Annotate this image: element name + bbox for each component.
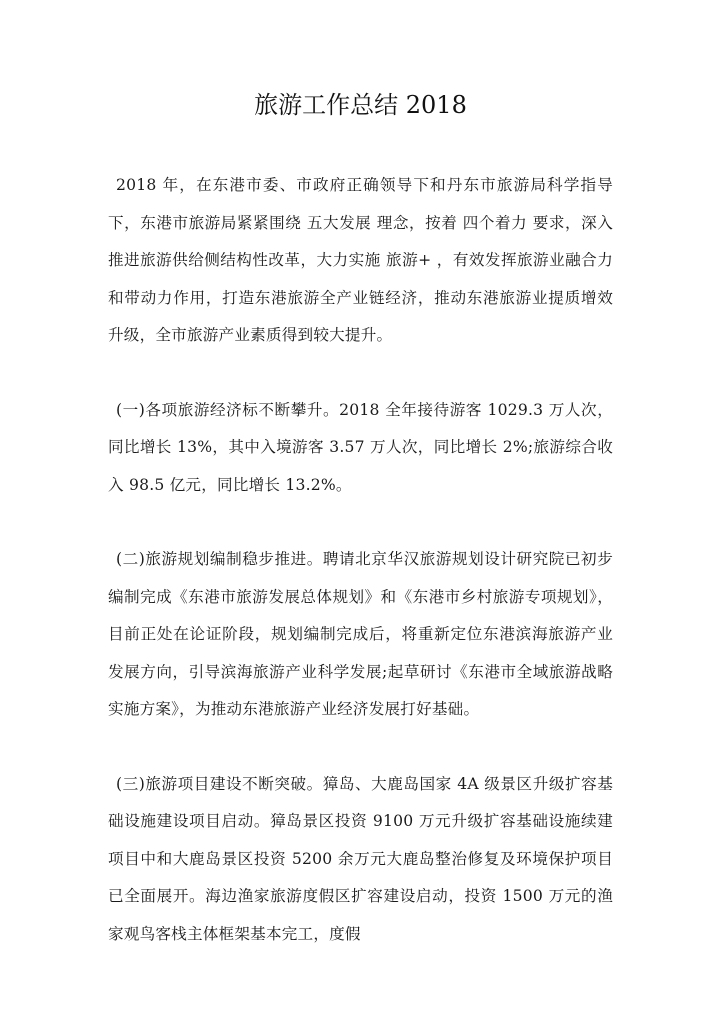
paragraph-section-2-tourism-planning: (二)旅游规划编制稳步推进。聘请北京华汉旅游规划设计研究院已初步编制完成《东港市… [108, 541, 613, 729]
document-body: 2018 年，在东港市委、市政府正确领导下和丹东市旅游局科学指导下，东港市旅游局… [108, 167, 613, 990]
paragraph-intro: 2018 年，在东港市委、市政府正确领导下和丹东市旅游局科学指导下，东港市旅游局… [108, 167, 613, 355]
document-title: 旅游工作总结 2018 [0, 90, 721, 120]
paragraph-section-3-tourism-projects: (三)旅游项目建设不断突破。獐岛、大鹿岛国家 4A 级景区升级扩容基础设施建设项… [108, 766, 613, 954]
paragraph-section-1-tourism-economy: (一)各项旅游经济标不断攀升。2018 全年接待游客 1029.3 万人次，同比… [108, 392, 613, 505]
document-page: 旅游工作总结 2018 2018 年，在东港市委、市政府正确领导下和丹东市旅游局… [0, 0, 721, 1020]
